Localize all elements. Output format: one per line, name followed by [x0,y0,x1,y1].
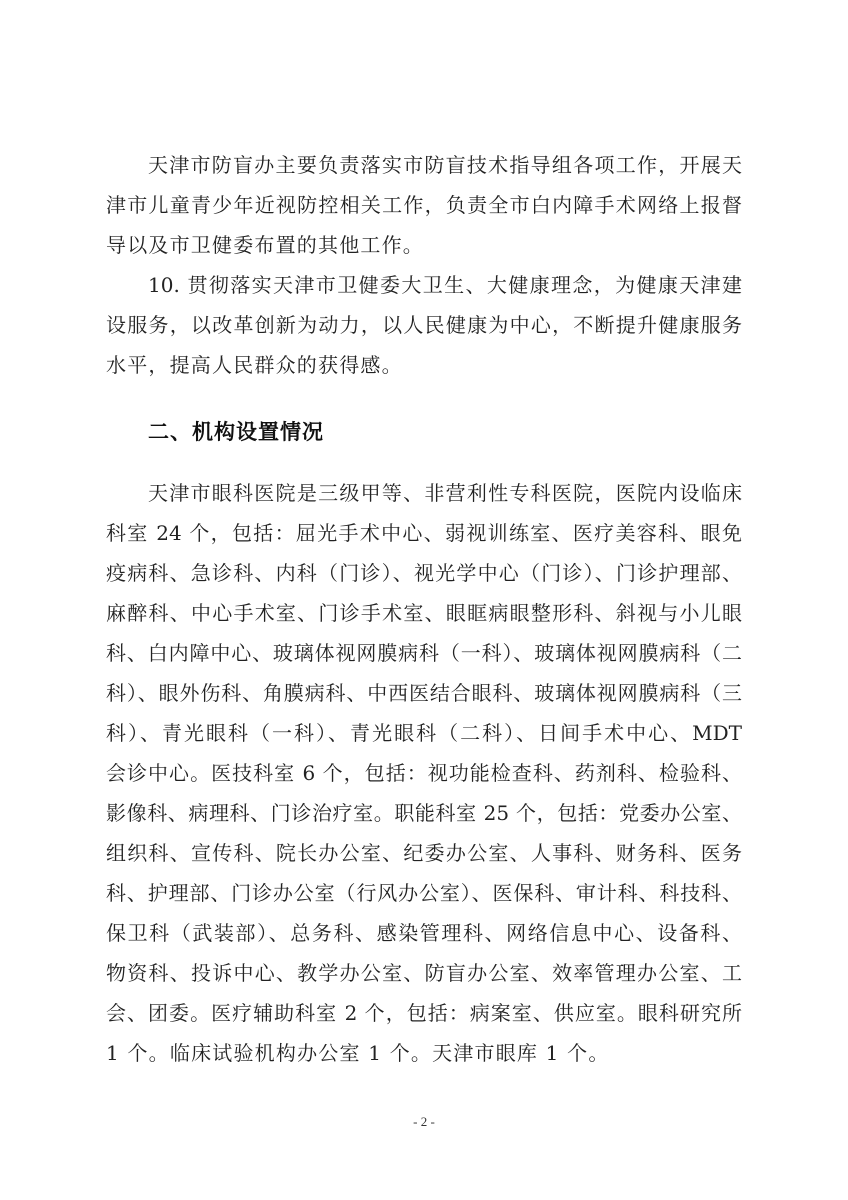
paragraph-3-line-9: 影像科、病理科、门诊治疗室。职能科室 25 个，包括：党委办公室、 [106,793,742,833]
paragraph-3-line-13: 物资科、投诉中心、教学办公室、防盲办公室、效率管理办公室、工 [106,953,742,993]
paragraph-1-line-2: 津市儿童青少年近视防控相关工作，负责全市白内障手术网络上报督 [106,185,742,225]
paragraph-3-line-3: 疫病科、急诊科、内科（门诊）、视光学中心（门诊）、门诊护理部、 [106,553,742,593]
paragraph-3-line-15: 1 个。临床试验机构办公室 1 个。天津市眼库 1 个。 [106,1033,742,1073]
paragraph-2-line-2: 设服务，以改革创新为动力，以人民健康为中心，不断提升健康服务 [106,305,742,345]
page-number: - 2 - [0,1114,848,1130]
paragraph-3-line-11: 科、护理部、门诊办公室（行风办公室）、医保科、审计科、科技科、 [106,873,742,913]
paragraph-3-line-7: 科）、青光眼科（一科）、青光眼科（二科）、日间手术中心、MDT [106,713,742,753]
paragraph-3-line-14: 会、团委。医疗辅助科室 2 个，包括：病案室、供应室。眼科研究所 [106,993,742,1033]
paragraph-3-line-10: 组织科、宣传科、院长办公室、纪委办公室、人事科、财务科、医务 [106,833,742,873]
paragraph-3-line-1: 天津市眼科医院是三级甲等、非营利性专科医院，医院内设临床 [148,473,742,513]
document-page: 天津市防盲办主要负责落实市防盲技术指导组各项工作，开展天 津市儿童青少年近视防控… [0,0,848,1200]
paragraph-1-line-1: 天津市防盲办主要负责落实市防盲技术指导组各项工作，开展天 [148,145,742,185]
paragraph-3-line-5: 科、白内障中心、玻璃体视网膜病科（一科）、玻璃体视网膜病科（二 [106,633,742,673]
paragraph-1-line-3: 导以及市卫健委布置的其他工作。 [106,225,742,265]
paragraph-3-line-4: 麻醉科、中心手术室、门诊手术室、眼眶病眼整形科、斜视与小儿眼 [106,593,742,633]
paragraph-3-line-12: 保卫科（武装部）、总务科、感染管理科、网络信息中心、设备科、 [106,913,742,953]
section-heading: 二、机构设置情况 [148,412,324,452]
paragraph-3-line-6: 科）、眼外伤科、角膜病科、中西医结合眼科、玻璃体视网膜病科（三 [106,673,742,713]
paragraph-3-line-8: 会诊中心。医技科室 6 个，包括：视功能检查科、药剂科、检验科、 [106,753,742,793]
paragraph-2-line-3: 水平，提高人民群众的获得感。 [106,345,742,385]
paragraph-3-line-2: 科室 24 个，包括：屈光手术中心、弱视训练室、医疗美容科、眼免 [106,513,742,553]
paragraph-2-line-1: 10. 贯彻落实天津市卫健委大卫生、大健康理念，为健康天津建 [148,265,742,305]
